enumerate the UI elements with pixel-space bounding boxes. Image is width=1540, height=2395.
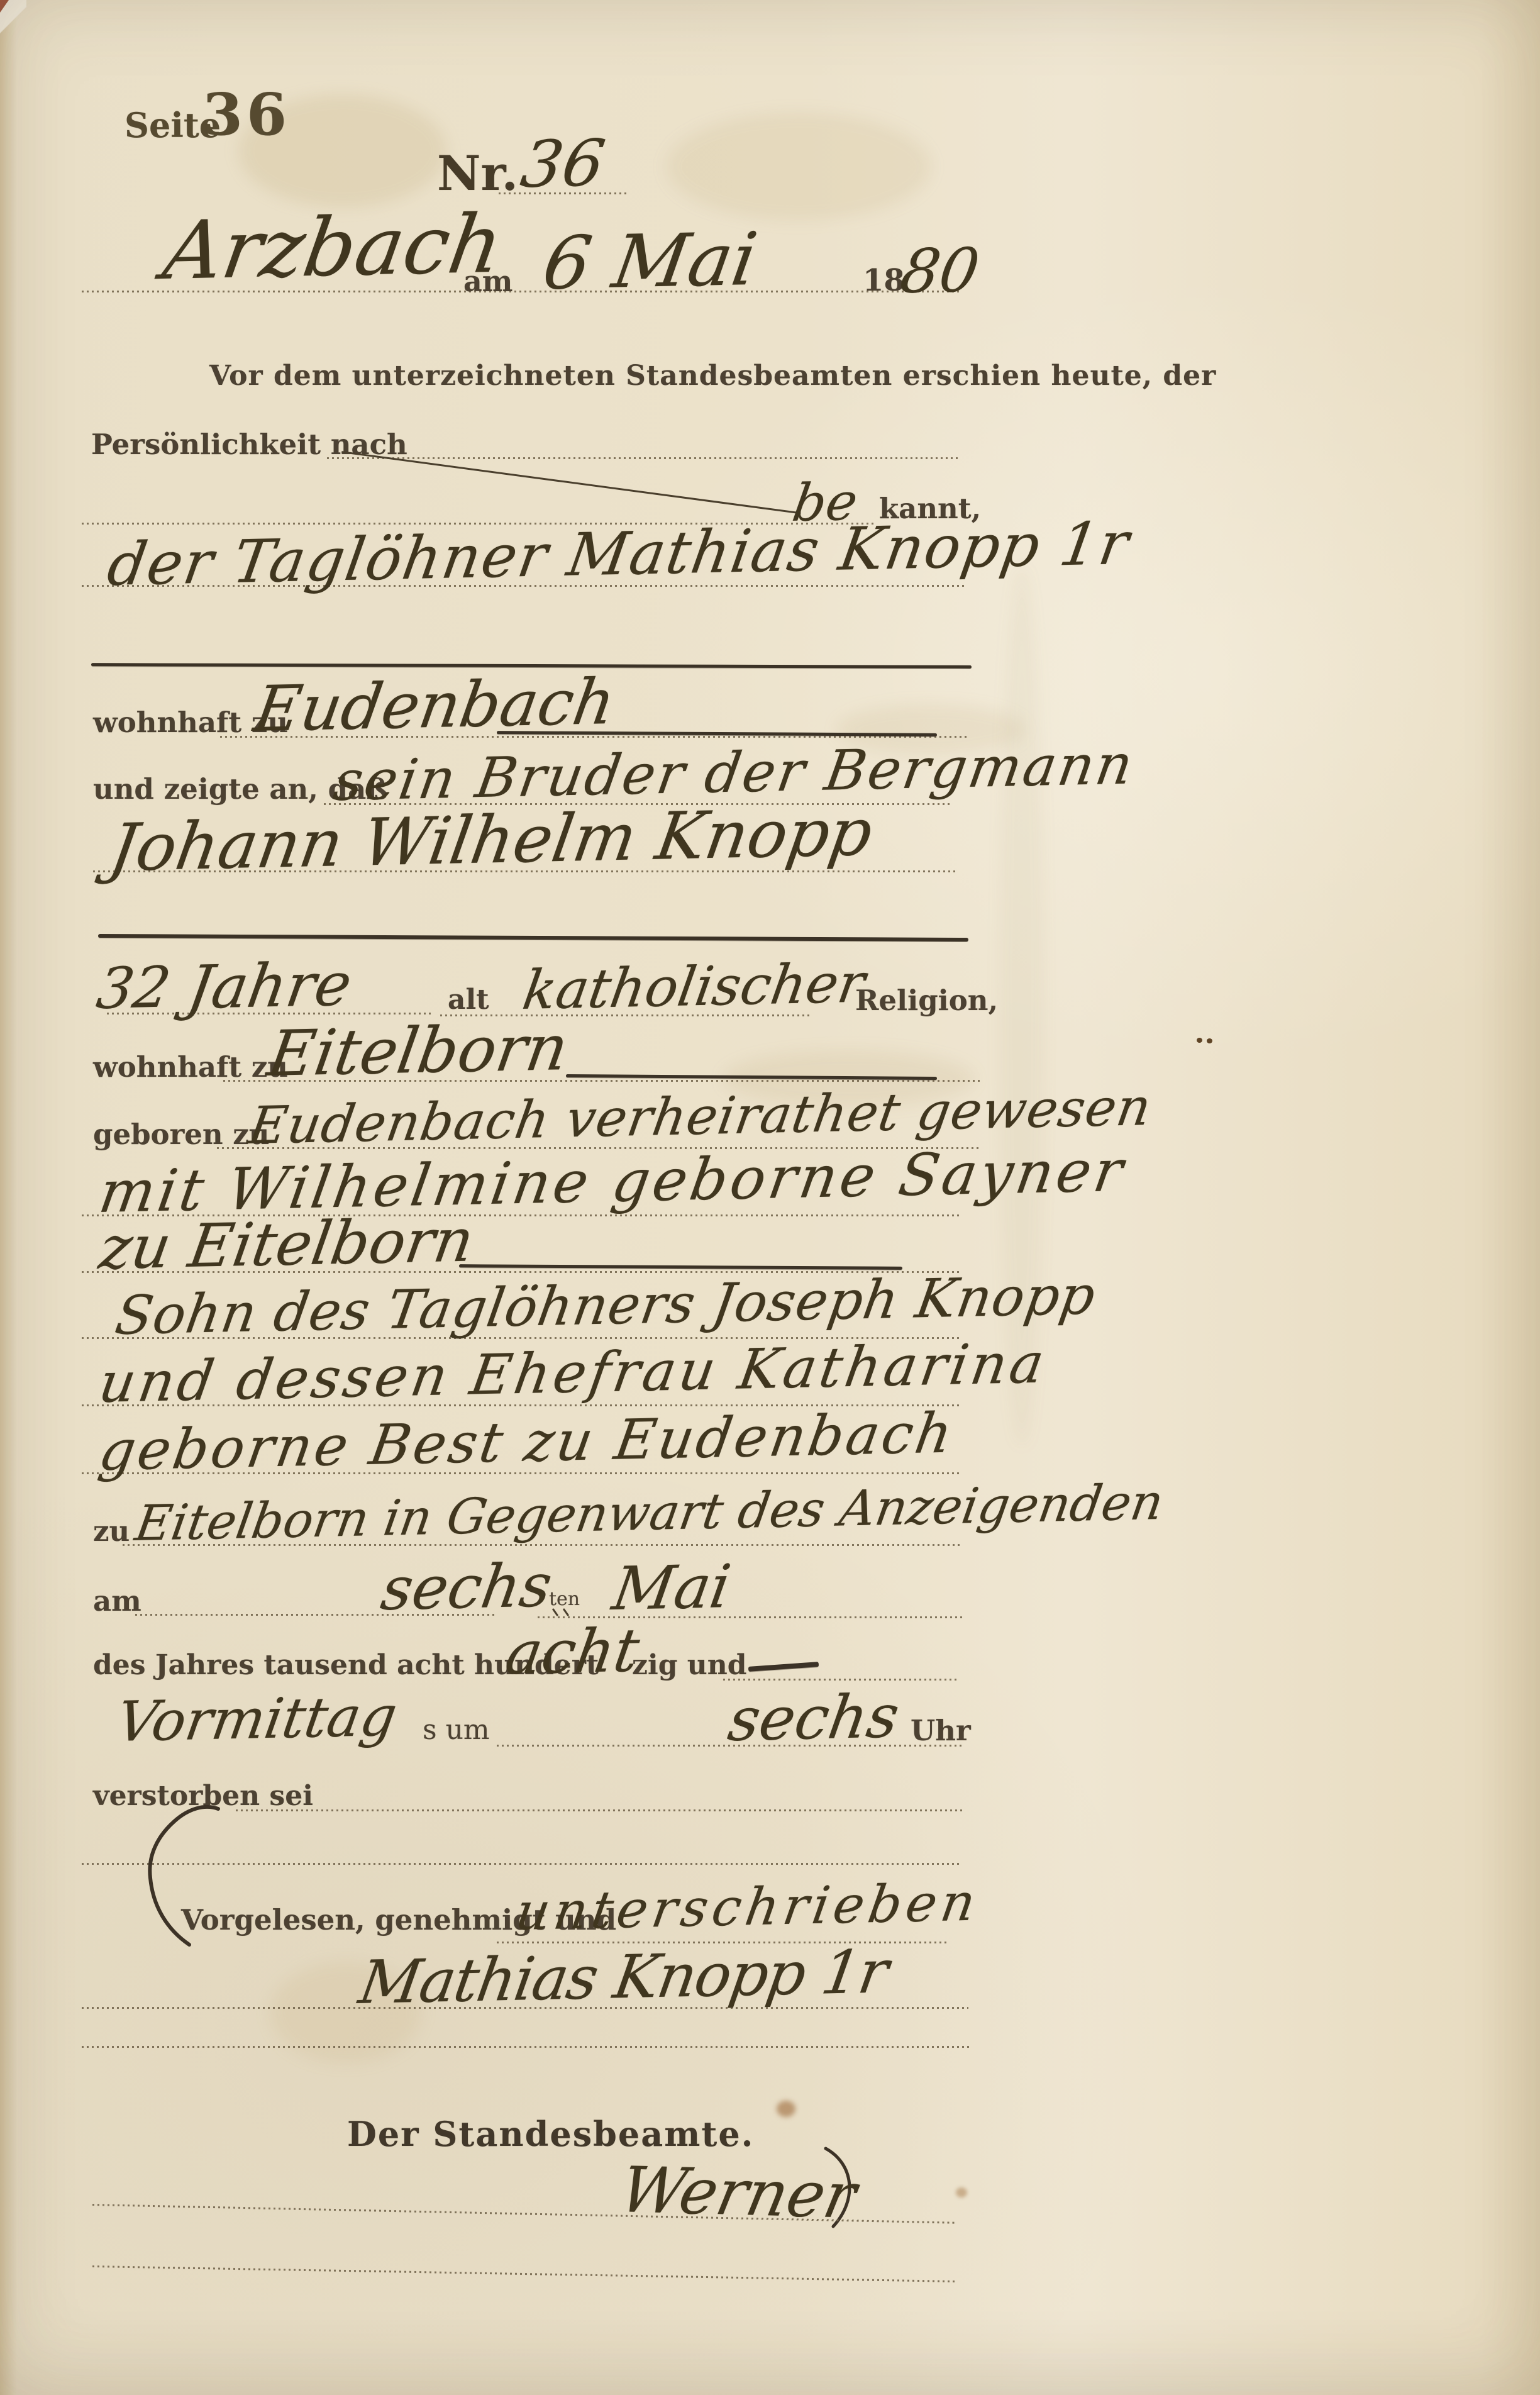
deathplace-printed-label: zu	[93, 1517, 130, 1545]
dotted-rule	[723, 1679, 959, 1681]
dotted-rule	[82, 2046, 970, 2048]
dateline-day-month-handwritten: 6 Mai	[538, 223, 762, 301]
record-number-value: 36	[517, 131, 609, 197]
ink-strikeout-line	[566, 1074, 937, 1080]
dotted-rule	[499, 192, 629, 194]
dateline-am-label: am	[463, 267, 512, 296]
intro-printed-text: Vor dem unterzeichneten Standesbeamten e…	[209, 362, 1216, 390]
pen-strikethrough-line	[341, 451, 801, 514]
registrar-printed-label: Der Standesbeamte.	[347, 2117, 754, 2151]
age-years-handwritten: Jahre	[184, 955, 355, 1018]
mother-handwritten-line2: geborne Best zu Eudenbach	[96, 1406, 958, 1479]
deathyear-zig-printed-label: zig und	[632, 1652, 747, 1679]
deathday-handwritten-month: Mai	[609, 1557, 734, 1620]
deathplace-handwritten-value: Eitelborn in Gegenwart des Anzeigenden	[132, 1478, 1166, 1548]
religion-handwritten-value: katholischer	[519, 957, 868, 1018]
deceased-name-handwritten: Johann Wilhelm Knopp	[106, 799, 877, 881]
ink-strikeout-line	[98, 934, 968, 942]
dateline-year-handwritten: 80	[897, 240, 983, 302]
handwritten-dash	[748, 1662, 819, 1672]
page-stamp-number: 36	[202, 86, 291, 143]
religion-printed-label: Religion,	[855, 986, 998, 1014]
deathday-handwritten-day: sechs	[377, 1556, 556, 1620]
foxing-spot	[956, 2187, 967, 2198]
death-register-page: Seite 36 Nr. 36 Arzbach am 6 Mai 18 80 V…	[0, 0, 1540, 2395]
dotted-rule	[327, 457, 959, 459]
dotted-rule	[92, 2265, 956, 2282]
ink-strikeout-line	[459, 1264, 902, 1270]
bleedthrough-stain	[667, 113, 931, 220]
record-number-label: Nr.	[437, 150, 518, 197]
ink-speck	[1197, 1038, 1202, 1043]
spouse-place-handwritten-line: zu Eitelborn	[96, 1211, 477, 1279]
deathday-ten-printed-label: ten	[549, 1590, 580, 1609]
age-alt-printed-label: alt	[448, 986, 489, 1014]
father-handwritten-line: Sohn des Taglöhners Joseph Knopp	[112, 1269, 1099, 1343]
residence2-handwritten-value: Eitelborn	[264, 1016, 572, 1086]
declarant-signature: Mathias Knopp 1r	[355, 1943, 891, 2013]
closing-handwritten-word: unterschrieben	[512, 1877, 983, 1938]
dateline-place-handwritten: Arzbach	[158, 204, 507, 292]
dotted-rule	[236, 1809, 962, 1811]
declarant-handwritten-line: der Taglöhner Mathias Knopp 1r	[104, 514, 1134, 595]
deathtime-uhr-printed-label: Uhr	[911, 1716, 971, 1745]
residence1-handwritten-value: Eudenbach	[250, 670, 619, 741]
deathtime-handwritten-hour: sechs	[724, 1687, 903, 1750]
mother-handwritten-line1: und dessen Ehefrau Katharina	[96, 1336, 1051, 1411]
ink-speck	[1207, 1038, 1212, 1043]
deathtime-sum-printed-label: s um	[423, 1716, 490, 1744]
age-value-handwritten: 32	[93, 960, 174, 1018]
birthplace-printed-label: geboren zu	[93, 1120, 270, 1148]
foxing-spot	[777, 2101, 795, 2117]
deathyear-handwritten-decade: acht	[502, 1621, 643, 1684]
residence2-printed-label: wohnhaft zu	[93, 1053, 288, 1081]
deathtime-handwritten-period: Vormittag	[113, 1689, 401, 1750]
deathday-am-printed-label: am	[93, 1587, 141, 1615]
